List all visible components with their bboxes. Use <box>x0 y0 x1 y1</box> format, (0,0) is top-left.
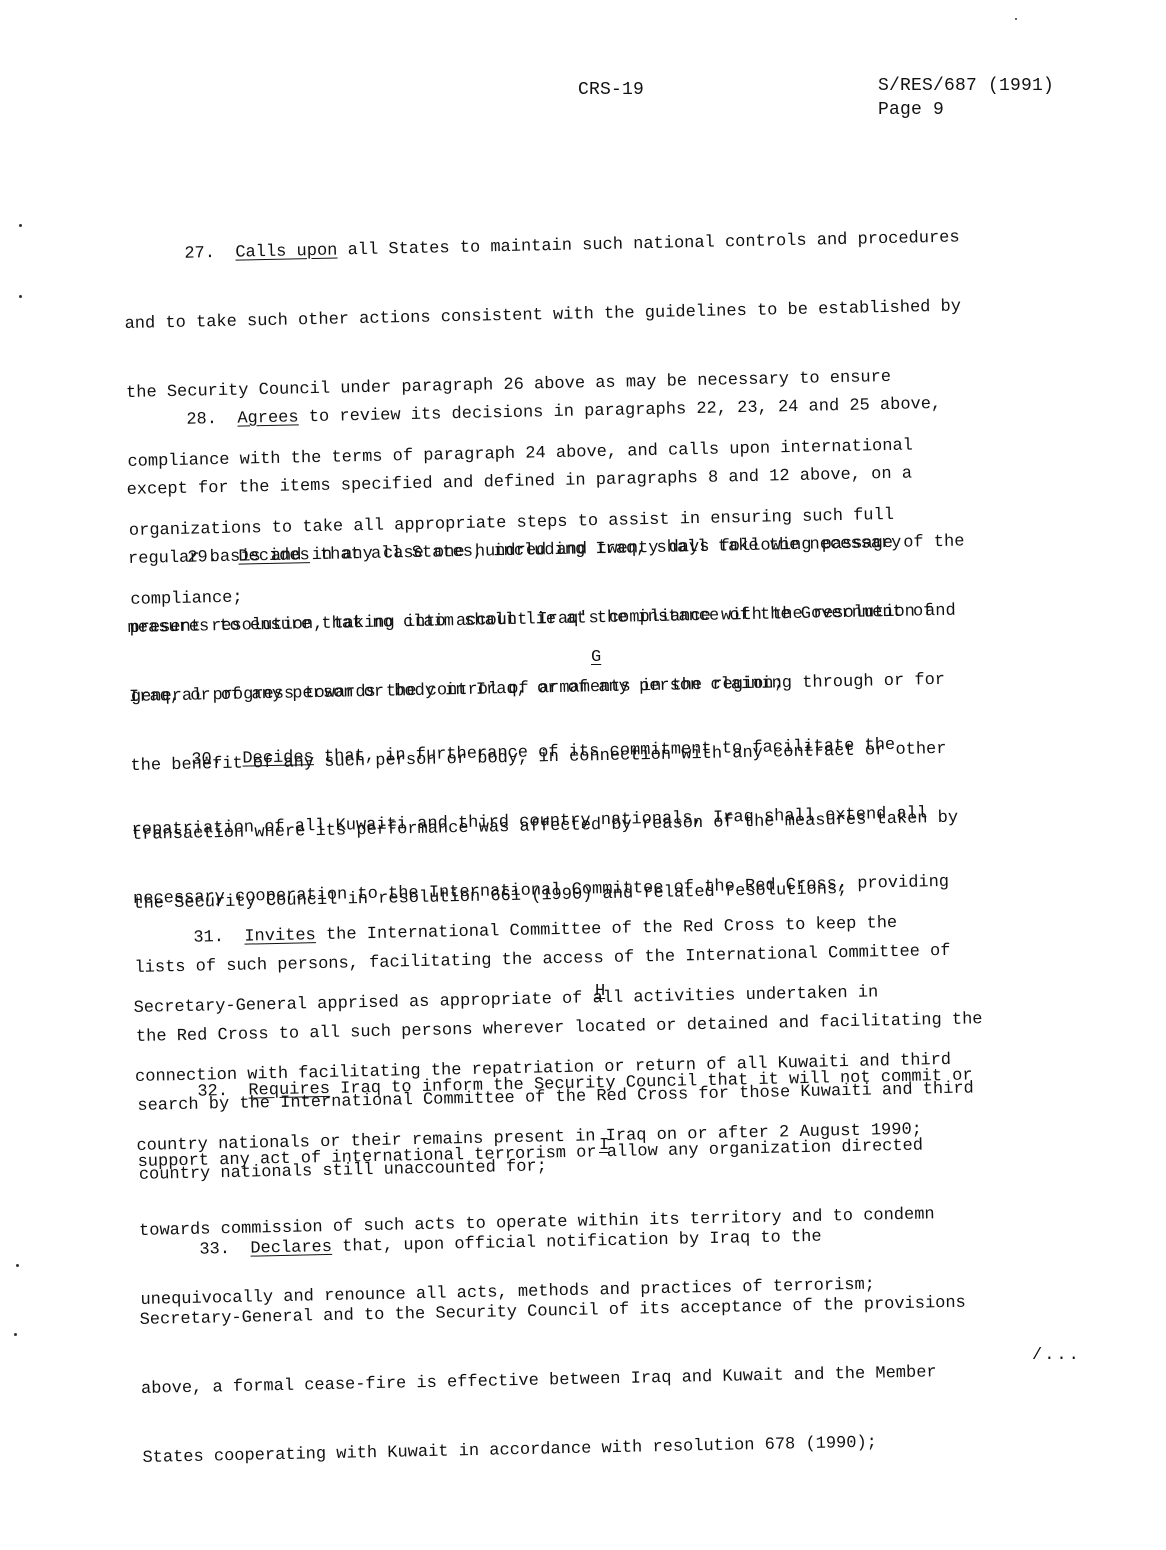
paragraph-text: that all States, including Iraq, shall t… <box>310 534 902 565</box>
operative-verb: Declares <box>250 1238 332 1259</box>
operative-verb: Invites <box>244 926 316 946</box>
report-page-number: CRS-19 <box>578 80 644 100</box>
operative-verb: Calls upon <box>235 242 337 263</box>
paragraph-line: support any act of international terrori… <box>137 1133 974 1174</box>
paragraph-number: 33. <box>199 1240 230 1260</box>
document-reference: S/RES/687 (1991) Page 9 <box>878 74 1054 122</box>
paragraph-line: States cooperating with Kuwait in accord… <box>142 1430 969 1470</box>
page-label: Page 9 <box>878 98 1054 122</box>
paragraph-text: all States to maintain such national con… <box>337 228 960 260</box>
scan-speck <box>16 1264 19 1267</box>
paragraph-text: that, in furtherance of its commitment t… <box>314 736 896 767</box>
paragraph-text: to review its decisions in paragraphs 22… <box>298 395 941 427</box>
operative-verb: Decides <box>238 546 310 566</box>
paragraph-number: 30. <box>191 750 222 770</box>
scan-speck <box>14 1333 17 1336</box>
paragraph-line: Secretary-General apprised as appropriat… <box>133 980 949 1020</box>
section-heading-g: G <box>591 648 601 667</box>
document-page: CRS-19 S/RES/687 (1991) Page 9 27. Calls… <box>0 0 1166 1550</box>
paragraph-number: 27. <box>184 244 215 264</box>
section-heading-i: I <box>599 1136 609 1155</box>
paragraph-number: 29. <box>187 548 218 568</box>
operative-verb: Agrees <box>237 408 299 428</box>
paragraph-line: and to take such other actions consisten… <box>124 295 961 336</box>
operative-verb: Decides <box>242 748 314 768</box>
scan-speck <box>19 224 22 227</box>
paragraph-number: 32. <box>197 1082 228 1102</box>
paragraph-33: 33. Declares that, upon official notific… <box>137 1177 970 1516</box>
scan-speck <box>1015 18 1017 20</box>
section-heading-h: H <box>595 982 605 1001</box>
paragraph-number: 28. <box>186 410 217 430</box>
paragraph-line: Secretary-General and to the Security Co… <box>139 1292 966 1332</box>
paragraph-text: that, upon official notification by Iraq… <box>332 1228 822 1257</box>
paragraph-number: 31. <box>193 928 224 948</box>
document-symbol: S/RES/687 (1991) <box>878 74 1054 98</box>
paragraph-line: repatriation of all Kuwaiti and third co… <box>131 801 978 842</box>
paragraph-line: measures to ensure that no claim shall l… <box>127 600 954 640</box>
paragraph-text: the International Committee of the Red C… <box>316 914 898 945</box>
paragraph-text: Iraq to inform the Security Council that… <box>330 1066 973 1098</box>
scan-speck <box>19 295 22 298</box>
continued-marker: /... <box>1032 1346 1081 1365</box>
operative-verb: Requires <box>248 1080 330 1101</box>
paragraph-line: above, a formal cease-fire is effective … <box>141 1361 968 1401</box>
